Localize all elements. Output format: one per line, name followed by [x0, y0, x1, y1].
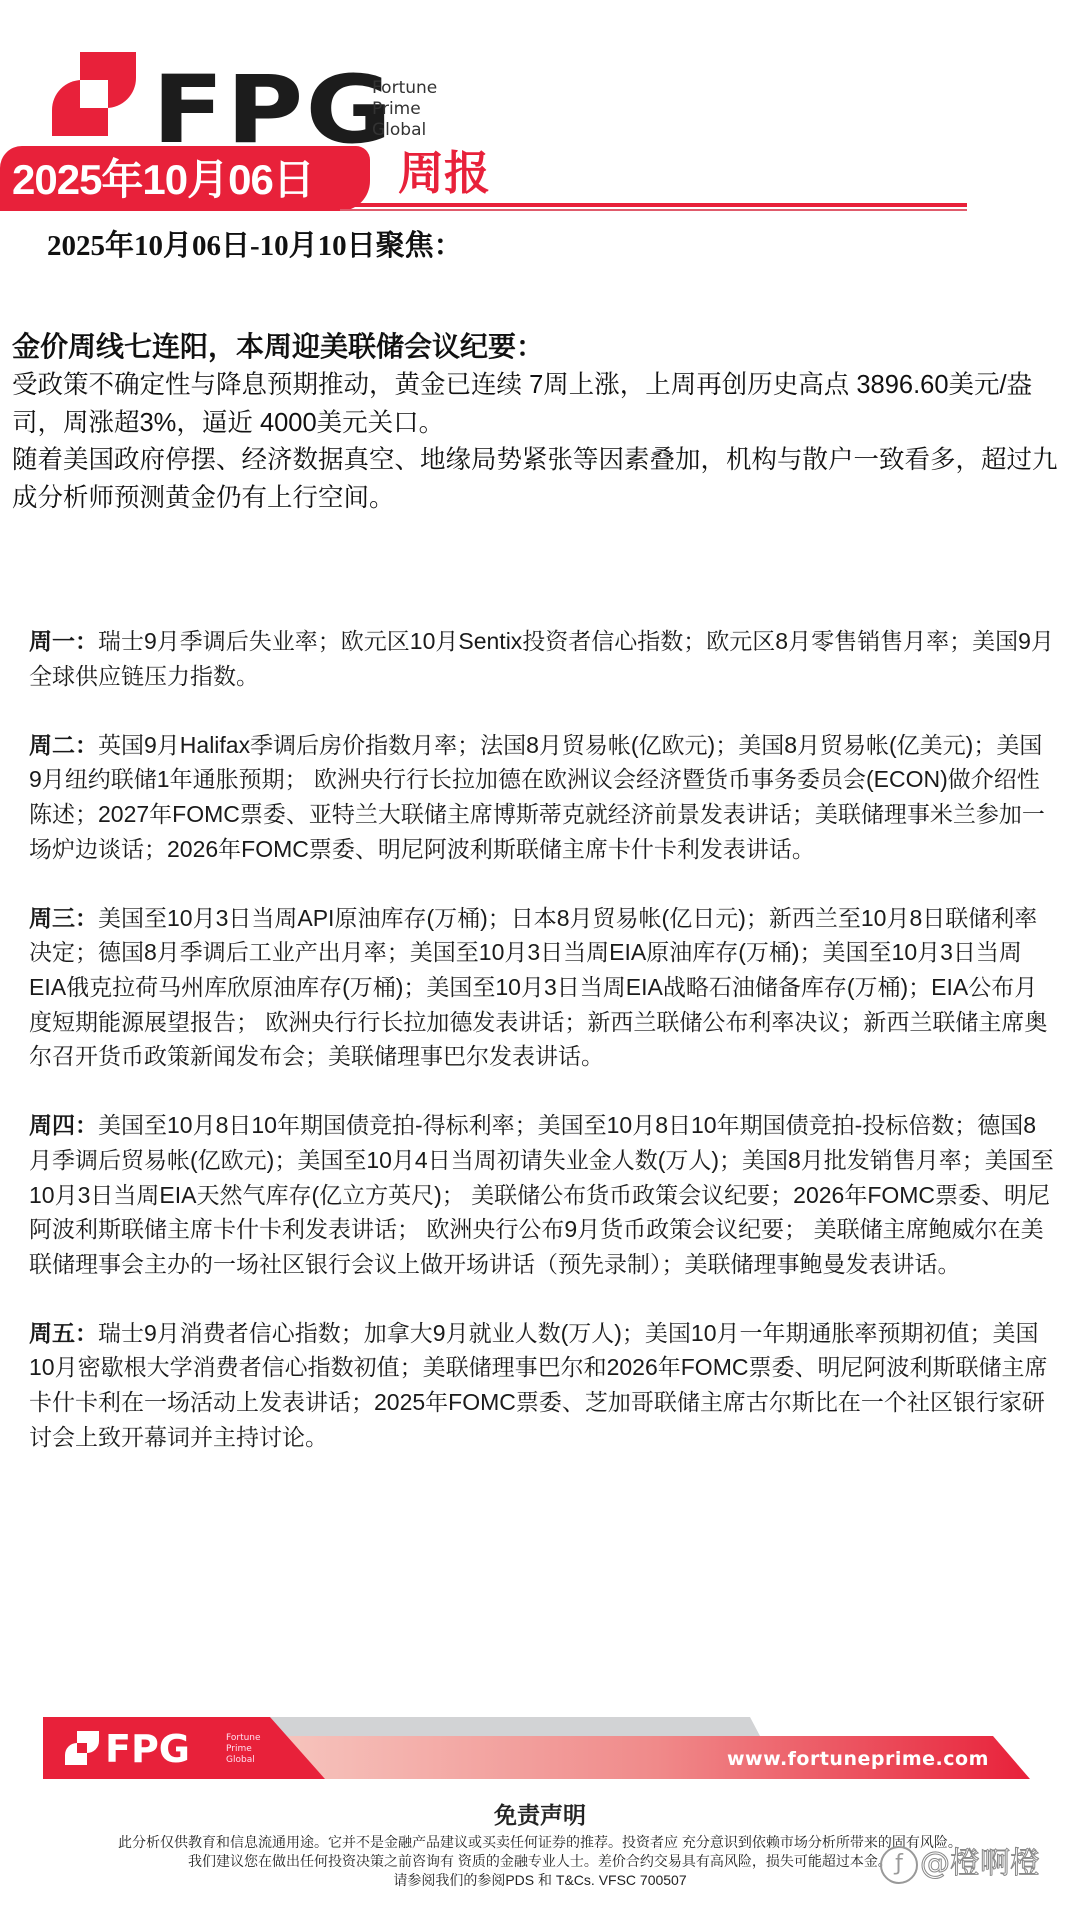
weibo-icon: ƒ: [880, 1846, 918, 1884]
day-label: 周三：: [29, 905, 98, 931]
day-wednesday: 周三：美国至10月3日当周API原油库存(万桶)；日本8月贸易帐(亿日元)；新西…: [29, 901, 1054, 1074]
lead-paragraph: 随着美国政府停摆、经济数据真空、地缘局势紧张等因素叠加，机构与散户一致看多，超过…: [12, 442, 1074, 517]
day-label: 周五：: [29, 1320, 98, 1346]
day-events: 美国至10月8日10年期国债竞拍-得标利率；美国至10月8日10年期国债竞拍-投…: [29, 1112, 1054, 1276]
report-type-title: 周报: [398, 146, 490, 200]
watermark-text: @橙啊橙: [920, 1846, 1040, 1881]
website-link[interactable]: www.fortuneprime.com: [727, 1748, 989, 1770]
day-label: 周四：: [29, 1112, 98, 1138]
fpg-logo-subtitle: Fortune Prime Global: [372, 78, 437, 141]
day-monday: 周一：瑞士9月季调后失业率；欧元区10月Sentix投资者信心指数；欧元区8月零…: [29, 624, 1054, 693]
fpg-logo-text: FPG: [152, 64, 394, 158]
lead-paragraphs: 受政策不确定性与降息预期推动，黄金已连续 7周上涨，上周再创历史高点 3896.…: [12, 367, 1074, 517]
watermark: ƒ@橙啊橙: [880, 1838, 1040, 1884]
footer-banner: FPG Fortune Prime Global www.fortuneprim…: [43, 1717, 1030, 1779]
header-divider-thin: [340, 209, 967, 211]
day-events: 瑞士9月季调后失业率；欧元区10月Sentix投资者信心指数；欧元区8月零售销售…: [29, 628, 1054, 689]
day-label: 周一：: [29, 628, 98, 654]
footer-logo-mark-icon: [65, 1731, 99, 1765]
day-thursday: 周四：美国至10月8日10年期国债竞拍-得标利率；美国至10月8日10年期国债竞…: [29, 1108, 1054, 1281]
lead-paragraph: 受政策不确定性与降息预期推动，黄金已连续 7周上涨，上周再创历史高点 3896.…: [12, 367, 1074, 442]
day-events: 美国至10月3日当周API原油库存(万桶)；日本8月贸易帐(亿日元)；新西兰至1…: [29, 905, 1047, 1069]
footer-logo-text: FPG: [105, 1729, 190, 1769]
focus-title: 2025年10月06日-10月10日聚焦：: [47, 228, 463, 264]
day-events: 瑞士9月消费者信心指数；加拿大9月就业人数(万人)；美国10月一年期通胀率预期初…: [29, 1320, 1047, 1450]
header-divider: [340, 203, 967, 207]
day-label: 周二：: [29, 732, 98, 758]
weekly-schedule: 周一：瑞士9月季调后失业率；欧元区10月Sentix投资者信心指数；欧元区8月零…: [29, 624, 1054, 1489]
day-tuesday: 周二：英国9月Halifax季调后房价指数月率；法国8月贸易帐(亿欧元)；美国8…: [29, 728, 1054, 866]
report-date: 2025年10月06日: [12, 155, 314, 205]
day-friday: 周五：瑞士9月消费者信心指数；加拿大9月就业人数(万人)；美国10月一年期通胀率…: [29, 1316, 1054, 1454]
disclaimer-title: 免责声明: [0, 1797, 1080, 1830]
fpg-logo-mark-icon: [52, 52, 136, 136]
day-events: 英国9月Halifax季调后房价指数月率；法国8月贸易帐(亿欧元)；美国8月贸易…: [29, 732, 1045, 862]
headline: 金价周线七连阳，本周迎美联储会议纪要：: [12, 328, 544, 366]
footer-logo-subtitle: Fortune Prime Global: [226, 1733, 261, 1766]
